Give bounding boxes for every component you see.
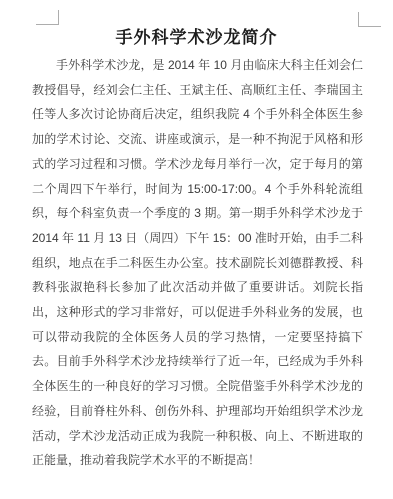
document-title: 手外科学术沙龙简介 xyxy=(0,23,393,48)
document-page: 手外科学术沙龙简介 手外科学术沙龙，是 2014 年 10 月由临床大科主任刘会… xyxy=(0,0,393,499)
text-boundary-corner-mark-top-right-icon xyxy=(358,12,381,27)
text-boundary-corner-mark-top-left-icon xyxy=(36,10,59,25)
document-body-paragraph: 手外科学术沙龙，是 2014 年 10 月由临床大科主任刘会仁教授倡导，经刘会仁… xyxy=(32,53,363,473)
